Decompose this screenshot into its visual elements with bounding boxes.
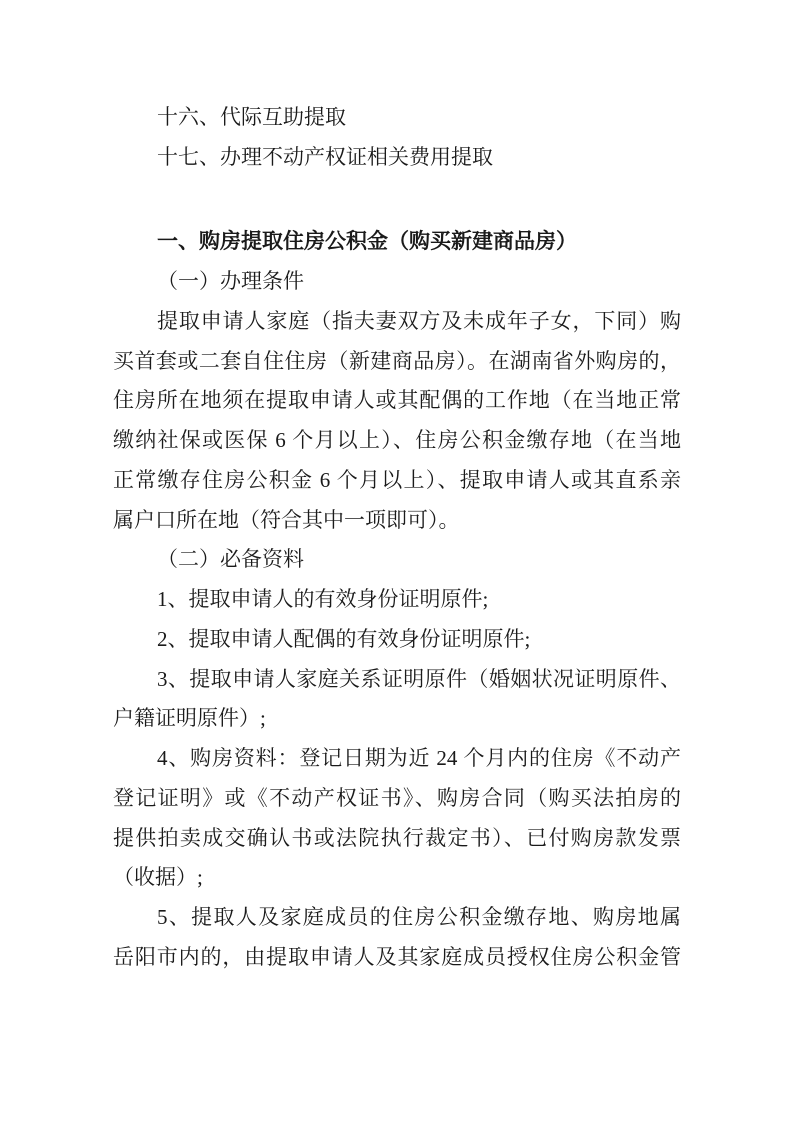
text-line: 登记证明》或《不动产权证书》、购房合同（购买法拍房的: [113, 779, 681, 819]
paragraph: （二）必备资料: [113, 540, 681, 580]
text-line: 2、提取申请人配偶的有效身份证明原件;: [113, 620, 681, 660]
text-line: 3、提取申请人家庭关系证明原件（婚姻状况证明原件、: [113, 660, 681, 700]
paragraph: （一）办理条件: [113, 262, 681, 302]
paragraph: 2、提取申请人配偶的有效身份证明原件;: [113, 620, 681, 660]
text-line: 十七、办理不动产权证相关费用提取: [113, 138, 681, 178]
paragraph: 提取申请人家庭（指夫妻双方及未成年子女，下同）购买首套或二套自住住房（新建商品房…: [113, 302, 681, 541]
text-line: （二）必备资料: [113, 540, 681, 580]
document-body: 十六、代际互助提取十七、办理不动产权证相关费用提取一、购房提取住房公积金（购买新…: [113, 98, 681, 978]
text-line: 1、提取申请人的有效身份证明原件;: [113, 580, 681, 620]
paragraph: 5、提取人及家庭成员的住房公积金缴存地、购房地属岳阳市内的，由提取申请人及其家庭…: [113, 898, 681, 978]
text-line: 提供拍卖成交确认书或法院执行裁定书）、已付购房款发票: [113, 819, 681, 859]
text-line: 一、购房提取住房公积金（购买新建商品房）: [113, 222, 681, 262]
text-line: 住房所在地须在提取申请人或其配偶的工作地（在当地正常: [113, 381, 681, 421]
text-line: （一）办理条件: [113, 262, 681, 302]
blank-line: [113, 178, 681, 218]
section-heading: 一、购房提取住房公积金（购买新建商品房）: [113, 222, 681, 262]
text-line: 缴纳社保或医保 6 个月以上）、住房公积金缴存地（在当地: [113, 421, 681, 461]
text-line: 岳阳市内的，由提取申请人及其家庭成员授权住房公积金管: [113, 938, 681, 978]
text-line: 5、提取人及家庭成员的住房公积金缴存地、购房地属: [113, 898, 681, 938]
text-line: 正常缴存住房公积金 6 个月以上）、提取申请人或其直系亲: [113, 461, 681, 501]
paragraph: 1、提取申请人的有效身份证明原件;: [113, 580, 681, 620]
text-line: 买首套或二套自住住房（新建商品房）。在湖南省外购房的，: [113, 342, 681, 382]
text-line: （收据）;: [113, 858, 681, 898]
paragraph: 4、购房资料：登记日期为近 24 个月内的住房《不动产登记证明》或《不动产权证书…: [113, 739, 681, 898]
paragraph: 十六、代际互助提取: [113, 98, 681, 138]
paragraph: 十七、办理不动产权证相关费用提取: [113, 138, 681, 178]
text-line: 4、购房资料：登记日期为近 24 个月内的住房《不动产: [113, 739, 681, 779]
text-line: 户籍证明原件）;: [113, 699, 681, 739]
paragraph: 3、提取申请人家庭关系证明原件（婚姻状况证明原件、户籍证明原件）;: [113, 660, 681, 740]
text-line: 十六、代际互助提取: [113, 98, 681, 138]
document-page: 十六、代际互助提取十七、办理不动产权证相关费用提取一、购房提取住房公积金（购买新…: [0, 0, 794, 1122]
text-line: 提取申请人家庭（指夫妻双方及未成年子女，下同）购: [113, 302, 681, 342]
text-line: 属户口所在地（符合其中一项即可）。: [113, 501, 681, 541]
